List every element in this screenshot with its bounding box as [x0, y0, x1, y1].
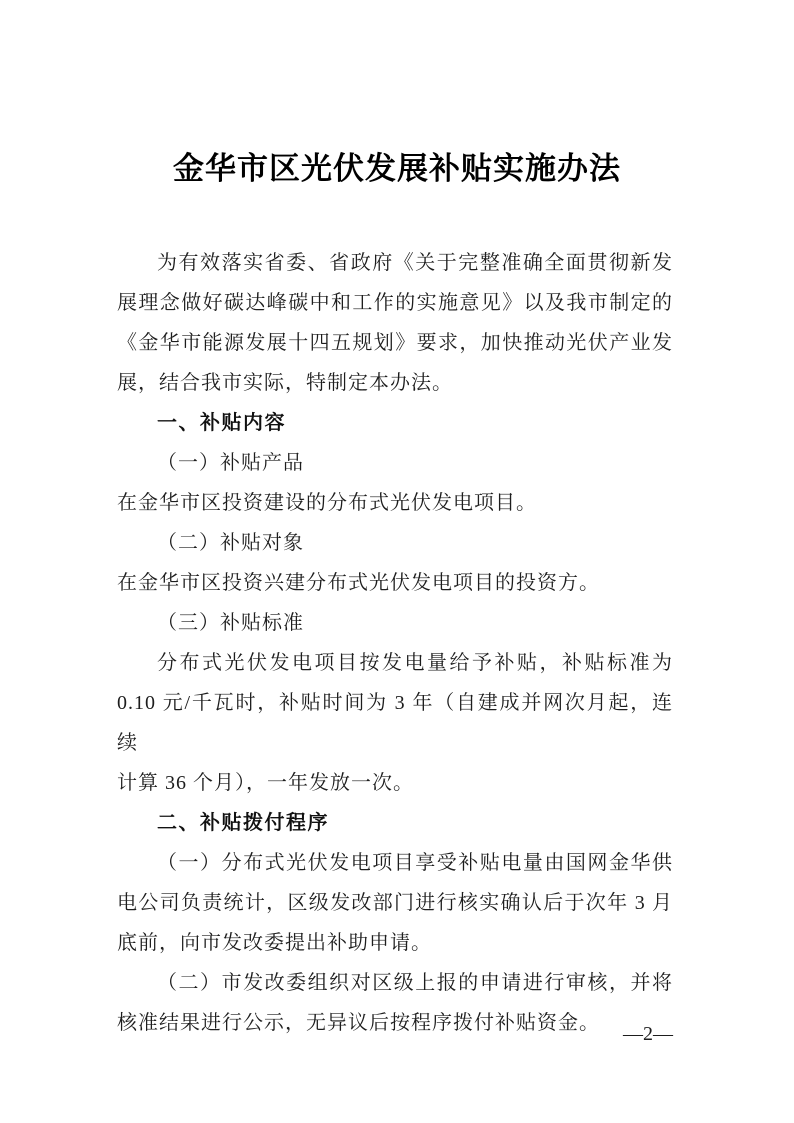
- subsection-1-1-body: 在金华市区投资建设的分布式光伏发电项目。: [117, 483, 673, 523]
- subsection-1-2-body: 在金华市区投资兴建分布式光伏发电项目的投资方。: [117, 563, 673, 603]
- subsection-1-3-body-line: 计算 36 个月），一年发放一次。: [117, 763, 673, 803]
- section-2-heading: 二、补贴拨付程序: [117, 803, 673, 843]
- subsection-2-1-body-line: （一）分布式光伏发电项目享受补贴电量由国网金华供: [117, 843, 673, 883]
- document-body: 为有效落实省委、省政府《关于完整准确全面贯彻新发 展理念做好碳达峰碳中和工作的实…: [117, 243, 673, 1043]
- subsection-1-2-heading: （二）补贴对象: [117, 523, 673, 563]
- page-number: —2—: [117, 1021, 673, 1047]
- document-title: 金华市区光伏发展补贴实施办法: [0, 149, 794, 189]
- subsection-2-2-body-line: （二）市发改委组织对区级上报的申请进行审核，并将: [117, 963, 673, 1003]
- subsection-1-3-body-line: 0.10 元/千瓦时，补贴时间为 3 年（自建成并网次月起，连续: [117, 683, 673, 763]
- subsection-1-3-heading: （三）补贴标准: [117, 603, 673, 643]
- subsection-2-1-body-line: 电公司负责统计，区级发改部门进行核实确认后于次年 3 月: [117, 883, 673, 923]
- intro-paragraph-line: 展理念做好碳达峰碳中和工作的实施意见》以及我市制定的: [117, 283, 673, 323]
- intro-paragraph-line: 《金华市能源发展十四五规划》要求，加快推动光伏产业发: [117, 323, 673, 363]
- intro-paragraph-line: 展，结合我市实际，特制定本办法。: [117, 363, 673, 403]
- subsection-1-3-body-line: 分布式光伏发电项目按发电量给予补贴，补贴标准为: [117, 643, 673, 683]
- document-page: 金华市区光伏发展补贴实施办法 为有效落实省委、省政府《关于完整准确全面贯彻新发 …: [0, 0, 794, 1123]
- subsection-2-1-body-line: 底前，向市发改委提出补助申请。: [117, 923, 673, 963]
- section-1-heading: 一、补贴内容: [117, 403, 673, 443]
- subsection-1-1-heading: （一）补贴产品: [117, 443, 673, 483]
- intro-paragraph-line: 为有效落实省委、省政府《关于完整准确全面贯彻新发: [117, 243, 673, 283]
